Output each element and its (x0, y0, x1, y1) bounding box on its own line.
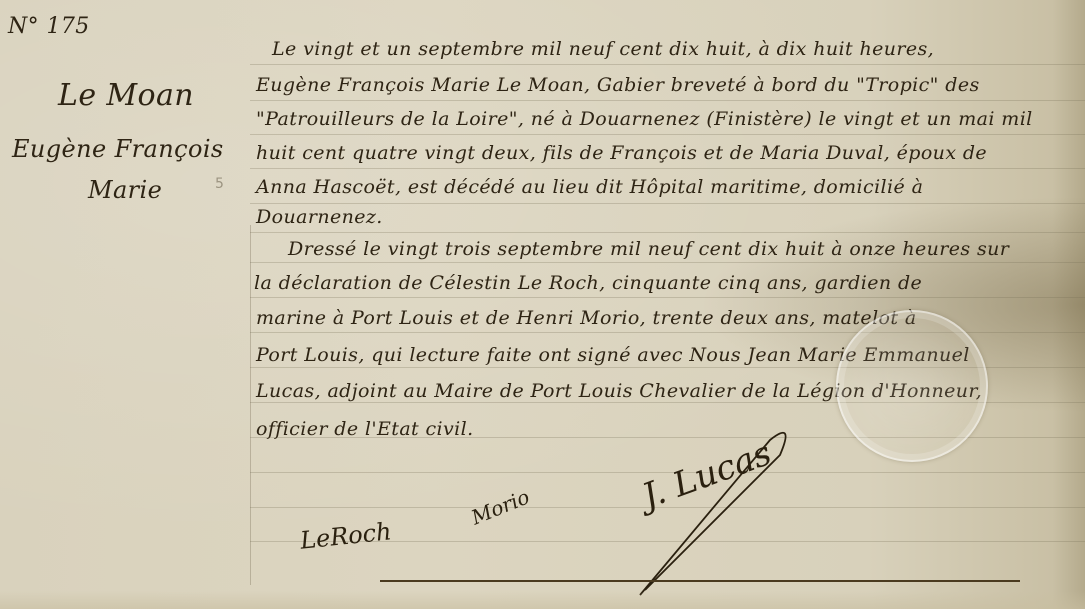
deceased-surname: Le Moan (58, 78, 194, 113)
record-line-6: Douarnenez. (256, 206, 383, 228)
ruled-line (250, 297, 1085, 298)
deceased-given-names-continued: Marie (88, 176, 162, 204)
ruled-line (250, 64, 1085, 65)
record-line-12: officier de l'Etat civil. (256, 418, 474, 440)
ruled-line (250, 168, 1085, 169)
closing-rule (380, 580, 1020, 582)
record-line-2: Eugène François Marie Le Moan, Gabier br… (256, 74, 980, 96)
record-line-9: marine à Port Louis et de Henri Morio, t… (256, 307, 917, 329)
margin-mark: 5 (215, 176, 224, 192)
ruled-line (250, 262, 1085, 263)
page-bottom-edge (0, 591, 1085, 609)
record-line-8: la déclaration de Célestin Le Roch, cinq… (254, 272, 922, 294)
embossed-seal (836, 310, 988, 462)
record-line-7: Dressé le vingt trois septembre mil neuf… (288, 238, 1009, 260)
record-line-3: "Patrouilleurs de la Loire", né à Douarn… (256, 108, 1033, 130)
margin-column: N° 175 Le Moan Eugène François Marie 5 (0, 0, 250, 609)
deceased-given-names: Eugène François (12, 135, 224, 163)
ruled-line (250, 232, 1085, 233)
ruled-line (250, 134, 1085, 135)
signature-morio: Morio (468, 485, 533, 530)
document-page: N° 175 Le Moan Eugène François Marie 5 L… (0, 0, 1085, 609)
record-line-4: huit cent quatre vingt deux, fils de Fra… (256, 142, 987, 164)
ruled-line (250, 100, 1085, 101)
record-line-1: Le vingt et un septembre mil neuf cent d… (272, 38, 934, 60)
ruled-line (250, 203, 1085, 204)
signature-flourish-icon (620, 420, 810, 600)
act-number: N° 175 (8, 14, 90, 39)
record-line-5: Anna Hascoët, est décédé au lieu dit Hôp… (256, 176, 923, 198)
margin-rule (250, 225, 251, 585)
signature-le-roch: LeRoch (299, 517, 393, 554)
